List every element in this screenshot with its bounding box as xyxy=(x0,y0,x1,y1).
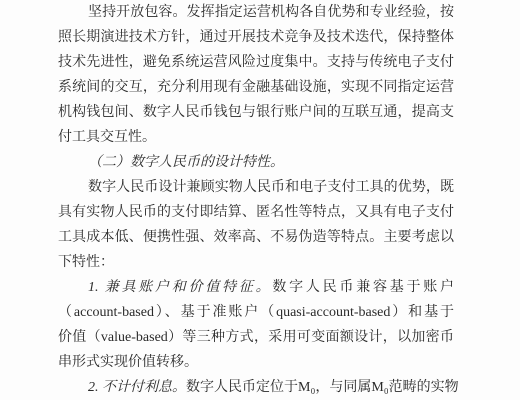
text-line: 技术先进性，避免系统运营风险过度集中。支持与传统电子支付 xyxy=(58,50,454,75)
text-line: 具有实物人民币的支付即结算、匿名性等特点，又具有电子支付 xyxy=(58,200,454,225)
document-text-block: 坚持开放包容。发挥指定运营机构各自优势和专业经验，按 照长期演进技术方针，通过开… xyxy=(58,0,454,400)
text-line: 串形式实现价值转移。 xyxy=(58,350,454,375)
text-line: 付工具交互性。 xyxy=(58,125,454,150)
item-body: 数字人民币定位于M₀，与同属M₀范畴的实物 xyxy=(186,380,459,395)
document-page: 坚持开放包容。发挥指定运营机构各自优势和专业经验，按 照长期演进技术方针，通过开… xyxy=(0,0,520,400)
item-body: 数字人民币兼容基于账户 xyxy=(272,280,454,295)
text-line: 机构钱包间、数字人民币钱包与银行账户间的互联互通，提高支 xyxy=(58,100,454,125)
list-item-line: 2. 不计付利息。数字人民币定位于M₀，与同属M₀范畴的实物 xyxy=(58,375,454,400)
text-line: 数字人民币设计兼顾实物人民币和电子支付工具的优势，既 xyxy=(58,175,454,200)
item-title: 1. 兼具账户和价值特征。 xyxy=(88,280,272,295)
item-title: 2. 不计付利息。 xyxy=(88,380,186,395)
text-line: 价值（value-based）等三种方式，采用可变面额设计，以加密币 xyxy=(58,325,454,350)
text-line: 系统间的交互，充分利用现有金融基础设施，实现不同指定运营 xyxy=(58,75,454,100)
text-line: 坚持开放包容。发挥指定运营机构各自优势和专业经验，按 xyxy=(58,0,454,25)
list-item-line: 1. 兼具账户和价值特征。数字人民币兼容基于账户 xyxy=(58,275,454,300)
text-line: 下特性： xyxy=(58,250,454,275)
section-heading: （二）数字人民币的设计特性。 xyxy=(58,150,454,175)
text-line: 照长期演进技术方针，通过开展技术竞争及技术迭代，保持整体 xyxy=(58,25,454,50)
text-line: （account-based）、基于准账户（quasi-account-base… xyxy=(58,300,454,325)
text-line: 工具成本低、便携性强、效率高、不易伪造等特点。主要考虑以 xyxy=(58,225,454,250)
